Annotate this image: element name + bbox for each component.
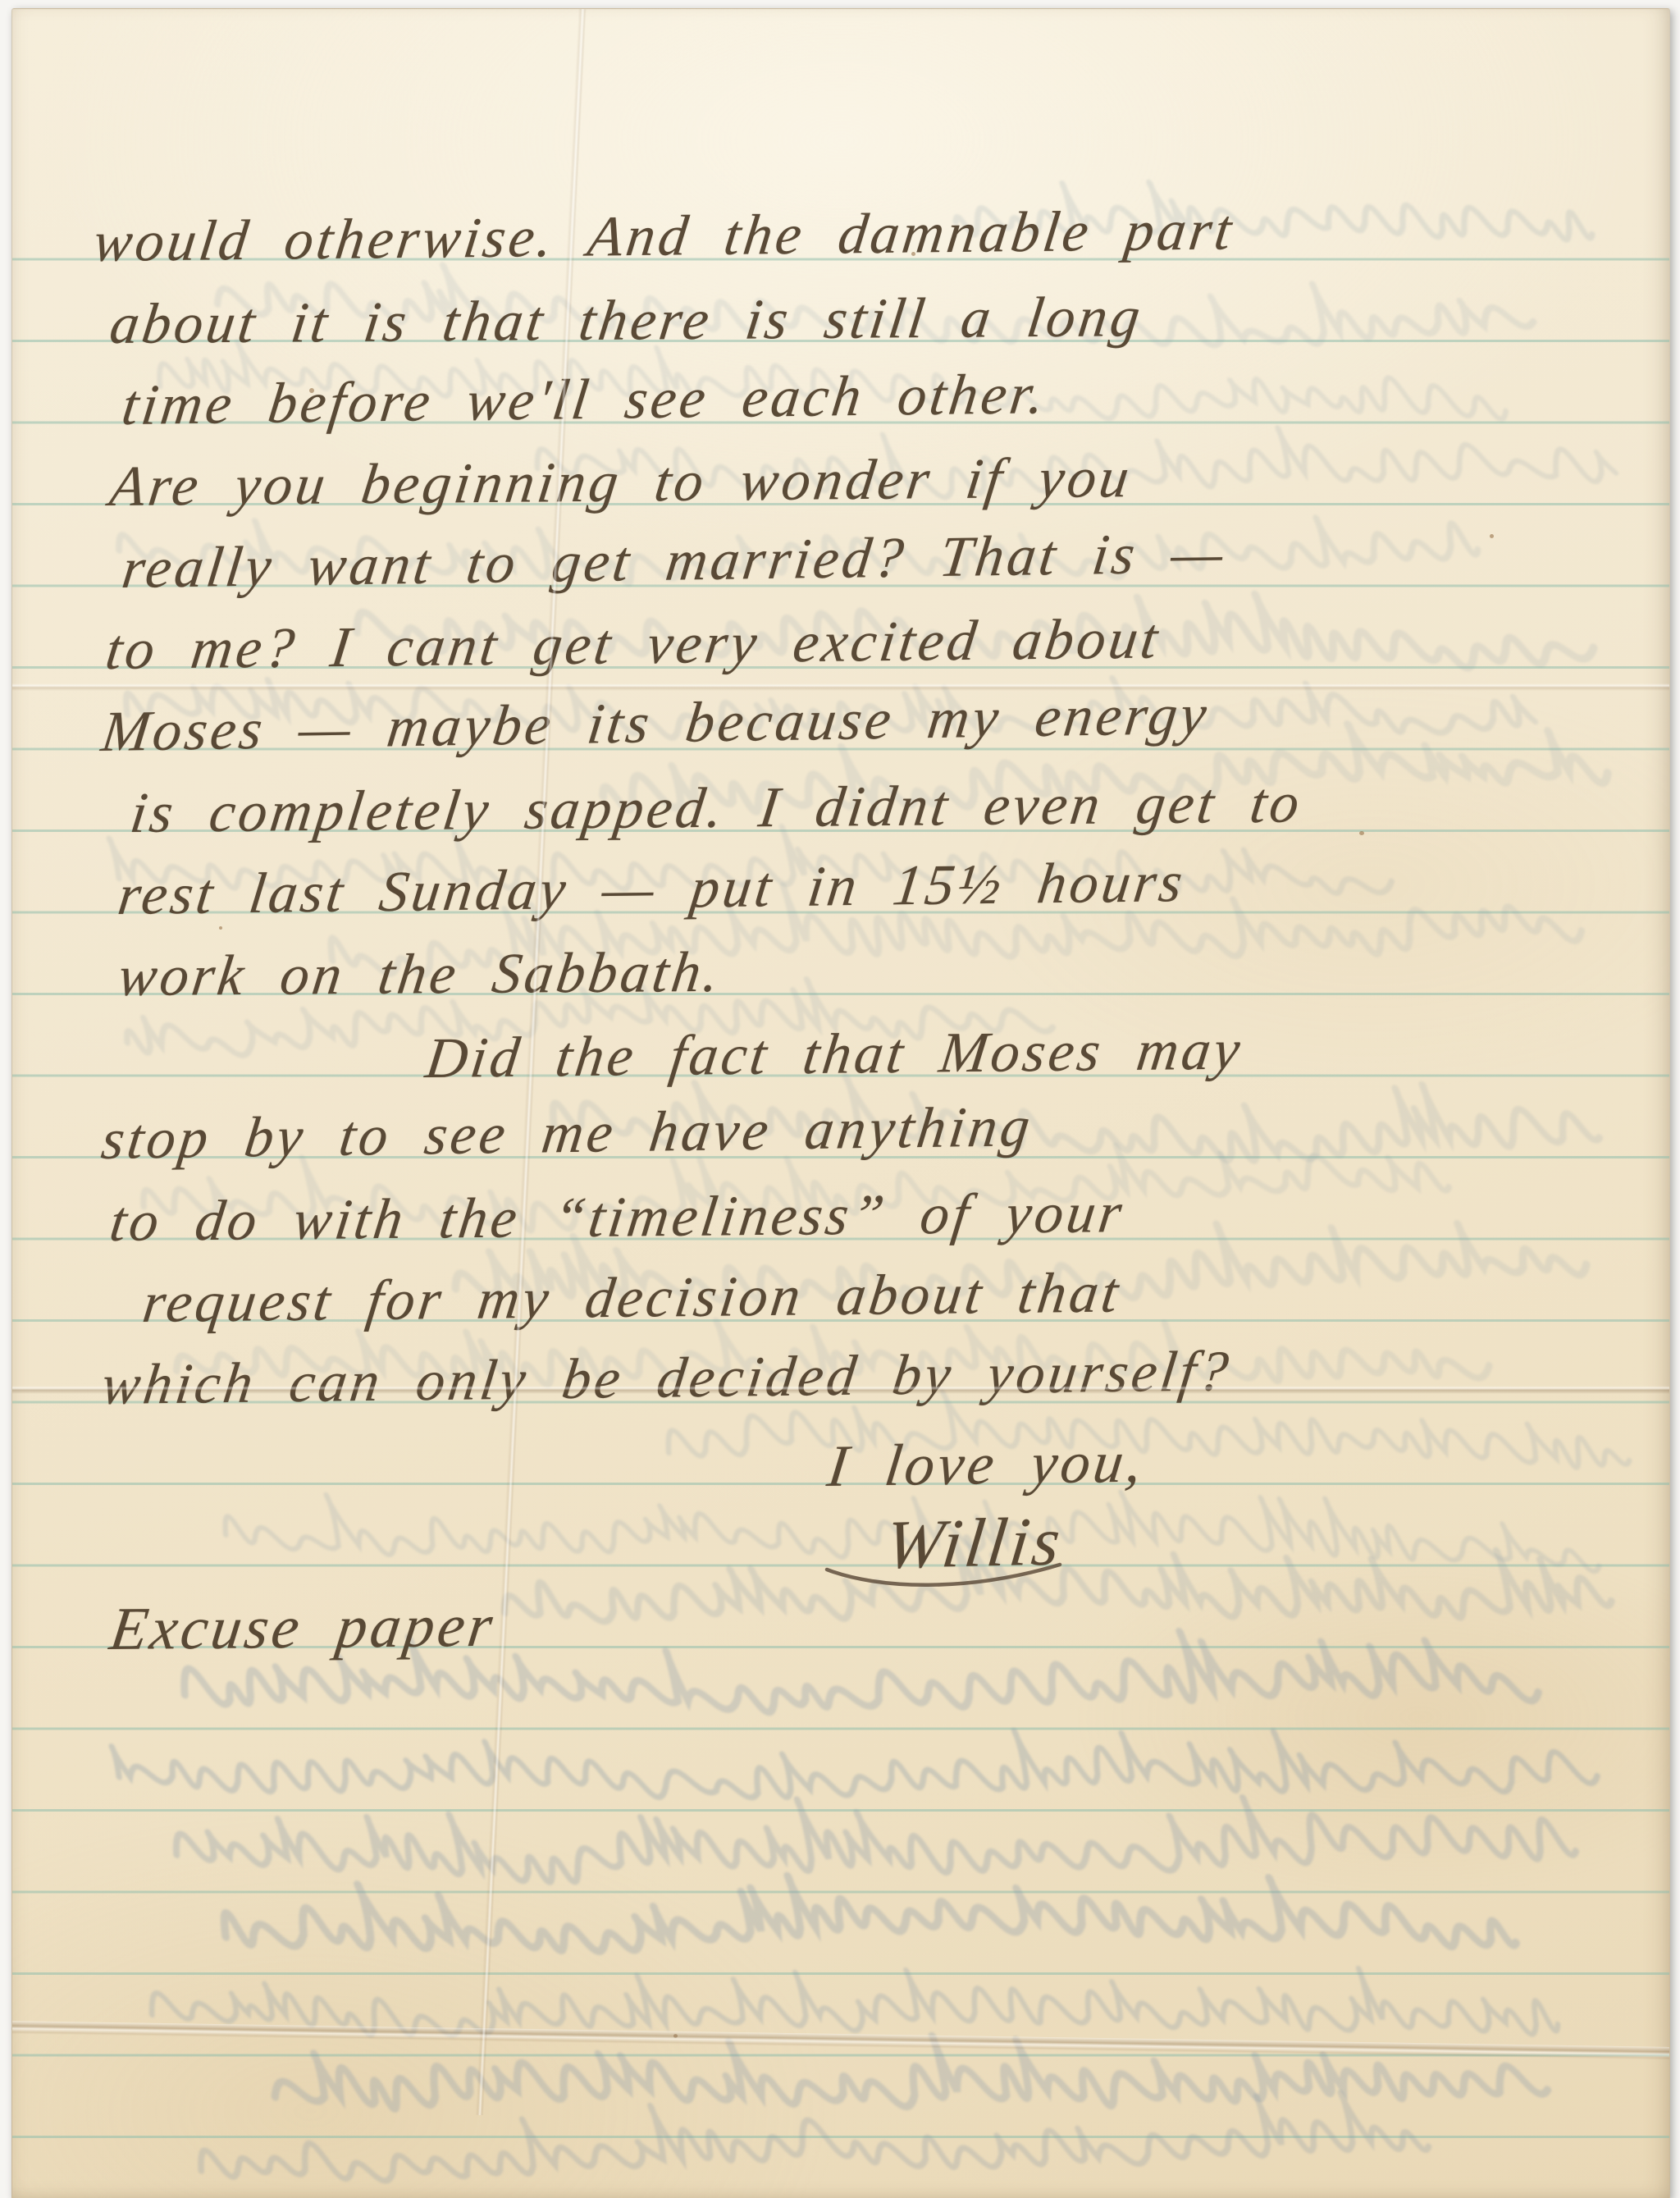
paper-speck — [673, 2034, 678, 2038]
letter-line-12: stop by to see me have anything — [98, 1099, 1036, 1169]
letter-postscript: Excuse paper — [107, 1596, 499, 1660]
paper-speck — [1490, 534, 1494, 538]
letter-line-4: Are you beginning to wonder if you — [107, 450, 1135, 516]
letter-line-1: would otherwise. And the damnable part — [90, 202, 1238, 272]
letter-line-6: to me? I cant get very excited about — [103, 610, 1164, 679]
letter-line-10: work on the Sabbath. — [115, 944, 725, 1006]
letter-line-11: Did the fact that Moses may — [422, 1021, 1246, 1088]
paper-speck — [219, 926, 222, 930]
letter-line-14: request for my decision about that — [139, 1264, 1125, 1332]
letter-line-2: about it is that there is still a long — [107, 289, 1147, 354]
letter-line-8: is completely sapped. I didnt even get t… — [127, 775, 1306, 843]
letter-line-3: time before we'll see each other. — [119, 366, 1051, 435]
letter-line-5: really want to get married? That is — — [119, 525, 1230, 598]
letter-line-9: rest last Sunday — put in 15½ hours — [115, 854, 1189, 925]
letter-line-15: which can only be decided by yourself? — [98, 1343, 1235, 1414]
signature-underline-flourish — [820, 1556, 1066, 1597]
letter-closing: I love you, — [824, 1432, 1148, 1496]
scanned-letter: would otherwise. And the damnable part a… — [0, 0, 1680, 2198]
paper-speck — [1359, 831, 1364, 835]
letter-page: would otherwise. And the damnable part a… — [11, 8, 1670, 2198]
letter-line-13: to do with the “timeliness” of your — [107, 1185, 1128, 1251]
